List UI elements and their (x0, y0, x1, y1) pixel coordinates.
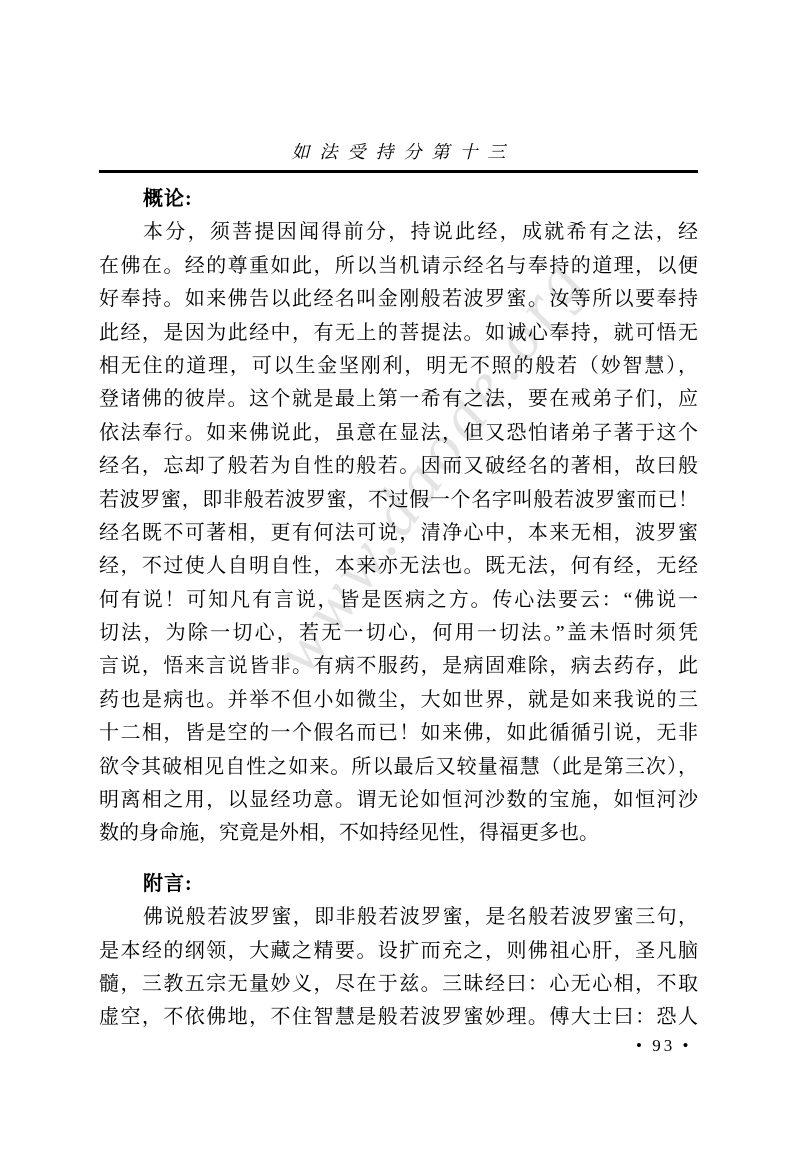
text-line: 本分，须菩提因闻得前分，持说此经，成就希有之法，经 (99, 216, 698, 249)
text-line: 此经，是因为此经中，有无上的菩提法。如诚心奉持，就可悟无 (99, 317, 698, 350)
header-rule (99, 170, 698, 173)
text-line: 药也是病也。并举不但小如微尘，大如世界，就是如来我说的三 (99, 684, 698, 717)
text-line: 数的身命施，究竟是外相，不如持经见性，得福更多也。 (99, 817, 698, 850)
text-line: 在佛在。经的尊重如此，所以当机请示经名与奉持的道理，以便 (99, 250, 698, 283)
text-line: 切法，为除一切心，若无一切心，何用一切法。”盖未悟时须凭 (99, 617, 698, 650)
text-line: 经，不过使人自明自性，本来亦无法也。既无法，何有经，无经 (99, 550, 698, 583)
text-line: 言说，悟来言说皆非。有病不服药，是病固难除，病去药存，此 (99, 650, 698, 683)
chapter-title: 如法受持分第十三 (99, 138, 698, 164)
text-line: 欲令其破相见自性之如来。所以最后又较量福慧（此是第三次）， (99, 751, 698, 784)
text-line: 经名既不可著相，更有何法可说，清净心中，本来无相，波罗蜜 (99, 517, 698, 550)
text-line: 髓，三教五宗无量妙义，尽在于兹。三昧经曰：心无心相，不取 (99, 968, 698, 1001)
section-postscript: 附言: 佛说般若波罗蜜，即非般若波罗蜜，是名般若波罗蜜三句， 是本经的纲领，大藏… (99, 868, 698, 1035)
page-number: • 93 • (636, 1036, 691, 1056)
text-line: 明离相之用，以显经功意。谓无论如恒河沙数的宝施，如恒河沙 (99, 784, 698, 817)
text-line: 经名，忘却了般若为自性的般若。因而又破经名的著相，故曰般 (99, 450, 698, 483)
section-overview: 概论: 本分，须菩提因闻得前分，持说此经，成就希有之法，经 在佛在。经的尊重如此… (99, 183, 698, 851)
text-line: 依法奉行。如来佛说此，虽意在显法，但又恐怕诸弟子著于这个 (99, 417, 698, 450)
book-page: www.daode.org 如法受持分第十三 概论: 本分，须菩提因闻得前分，持… (0, 0, 794, 1149)
text-line: 是本经的纲领，大藏之精要。设扩而充之，则佛祖心肝，圣凡脑 (99, 935, 698, 968)
text-line: 好奉持。如来佛告以此经名叫金刚般若波罗蜜。汝等所以要奉持 (99, 283, 698, 316)
text-line: 何有说！可知凡有言说，皆是医病之方。传心法要云：“佛说一 (99, 584, 698, 617)
text-line: 虚空，不依佛地，不住智慧是般若波罗蜜妙理。傅大士曰：恐人 (99, 1001, 698, 1034)
text-line: 十二相，皆是空的一个假名而已！如来佛，如此循循引说，无非 (99, 717, 698, 750)
section-heading: 概论: (99, 183, 698, 216)
text-line: 登诸佛的彼岸。这个就是最上第一希有之法，要在戒弟子们，应 (99, 383, 698, 416)
text-line: 佛说般若波罗蜜，即非般若波罗蜜，是名般若波罗蜜三句， (99, 901, 698, 934)
text-line: 相无住的道理，可以生金坚刚利，明无不照的般若（妙智慧）， (99, 350, 698, 383)
section-heading: 附言: (99, 868, 698, 901)
body-text: 概论: 本分，须菩提因闻得前分，持说此经，成就希有之法，经 在佛在。经的尊重如此… (99, 183, 698, 1035)
text-line: 若波罗蜜，即非般若波罗蜜，不过假一个名字叫般若波罗蜜而已！ (99, 484, 698, 517)
